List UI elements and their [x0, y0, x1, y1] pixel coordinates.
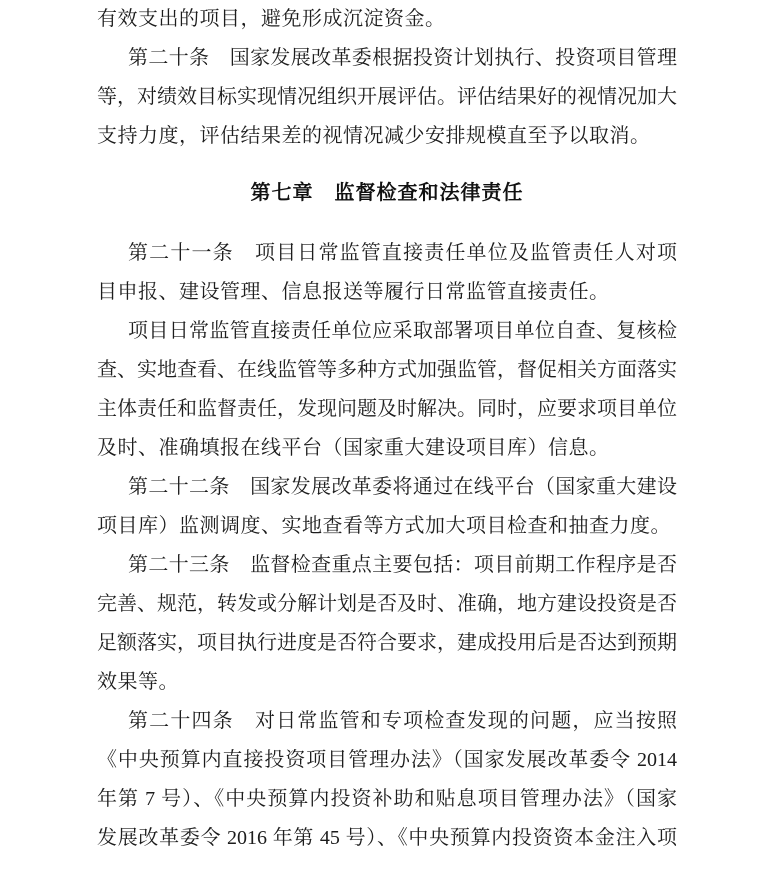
- document-text-block: 有效支出的项目，避免形成沉淀资金。 第二十条 国家发展改革委根据投资计划执行、投…: [0, 0, 777, 858]
- text-line-article-21: 第二十一条 项目日常监管直接责任单位及监管责任人对项: [97, 234, 677, 273]
- text-line-article-23: 第二十三条 监督检查重点主要包括：项目前期工作程序是否: [97, 546, 677, 585]
- text-line: 主体责任和监督责任，发现问题及时解决。同时，应要求项目单位: [97, 390, 677, 429]
- text-line: 效果等。: [97, 663, 677, 702]
- text-line: 项目日常监管直接责任单位应采取部署项目单位自查、复核检: [97, 312, 677, 351]
- text-line: 项目库）监测调度、实地查看等方式加大项目检查和抽查力度。: [97, 507, 677, 546]
- text-line: 年第 7 号）、《中央预算内投资补助和贴息项目管理办法》（国家: [97, 780, 677, 819]
- text-line-article-20: 第二十条 国家发展改革委根据投资计划执行、投资项目管理: [97, 39, 677, 78]
- text-line: 足额落实，项目执行进度是否符合要求，建成投用后是否达到预期: [97, 624, 677, 663]
- text-line: 目申报、建设管理、信息报送等履行日常监管直接责任。: [97, 273, 677, 312]
- text-line: 等，对绩效目标实现情况组织开展评估。评估结果好的视情况加大: [97, 78, 677, 117]
- text-line: 支持力度，评估结果差的视情况减少安排规模直至予以取消。: [97, 117, 677, 156]
- text-line: 发展改革委令 2016 年第 45 号）、《中央预算内投资资本金注入项: [97, 819, 677, 858]
- text-line: 及时、准确填报在线平台（国家重大建设项目库）信息。: [97, 429, 677, 468]
- document-page: 有效支出的项目，避免形成沉淀资金。 第二十条 国家发展改革委根据投资计划执行、投…: [0, 0, 777, 872]
- text-line: 有效支出的项目，避免形成沉淀资金。: [97, 0, 677, 39]
- text-line: 《中央预算内直接投资项目管理办法》（国家发展改革委令 2014: [97, 741, 677, 780]
- text-line: 完善、规范，转发或分解计划是否及时、准确，地方建设投资是否: [97, 585, 677, 624]
- text-line: 查、实地查看、在线监管等多种方式加强监管，督促相关方面落实: [97, 351, 677, 390]
- chapter-heading: 第七章 监督检查和法律责任: [97, 174, 677, 213]
- text-line-article-22: 第二十二条 国家发展改革委将通过在线平台（国家重大建设: [97, 468, 677, 507]
- text-line-article-24: 第二十四条 对日常监管和专项检查发现的问题，应当按照: [97, 702, 677, 741]
